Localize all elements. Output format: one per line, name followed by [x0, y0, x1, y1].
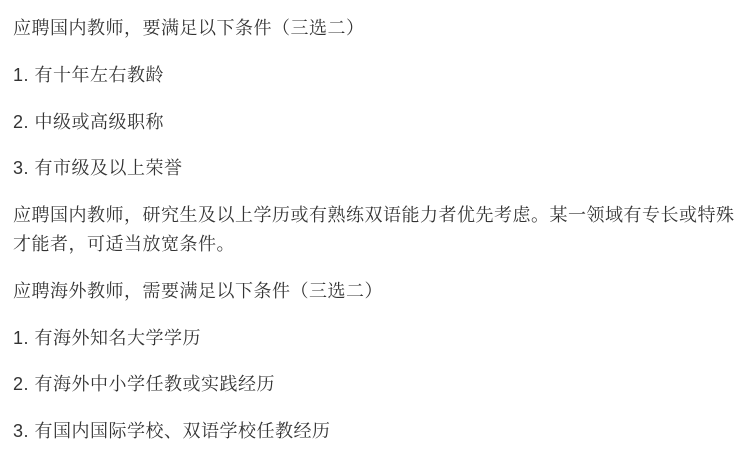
- paragraph-domestic-condition-2: 2. 中级或高级职称: [13, 108, 739, 137]
- paragraph-overseas-condition-1: 1. 有海外知名大学学历: [13, 324, 739, 353]
- paragraph-overseas-conditions-heading: 应聘海外教师，需要满足以下条件（三选二）: [13, 277, 739, 306]
- paragraph-domestic-condition-3: 3. 有市级及以上荣誉: [13, 154, 739, 183]
- paragraph-overseas-condition-3: 3. 有国内国际学校、双语学校任教经历: [13, 417, 739, 446]
- paragraph-overseas-condition-2: 2. 有海外中小学任教或实践经历: [13, 370, 739, 399]
- paragraph-domestic-condition-1: 1. 有十年左右教龄: [13, 61, 739, 90]
- paragraph-domestic-preference-note: 应聘国内教师，研究生及以上学历或有熟练双语能力者优先考虑。某一领域有专长或特殊才…: [13, 201, 739, 259]
- article-content: 应聘国内教师，要满足以下条件（三选二） 1. 有十年左右教龄 2. 中级或高级职…: [0, 0, 743, 462]
- paragraph-domestic-conditions-heading: 应聘国内教师，要满足以下条件（三选二）: [13, 14, 739, 43]
